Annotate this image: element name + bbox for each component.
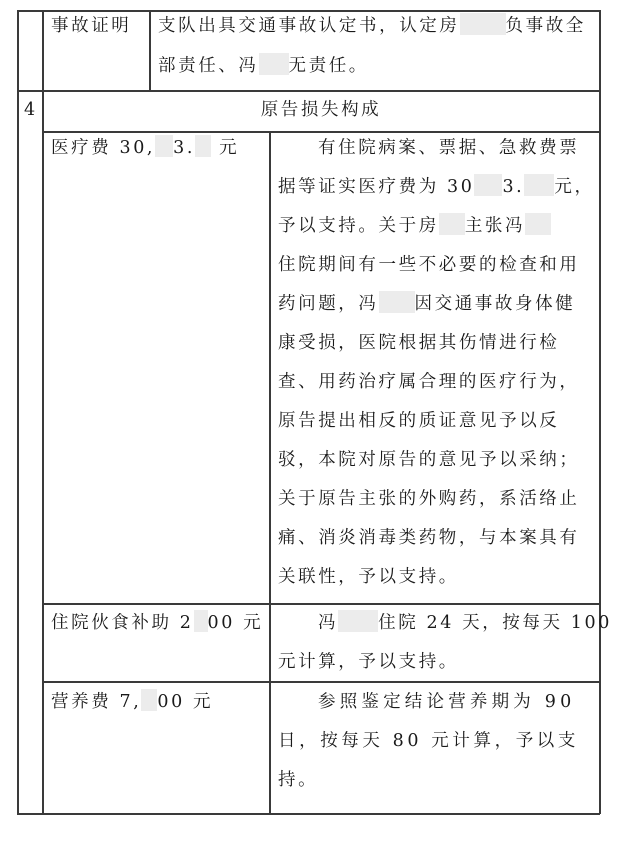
- reason-line: 痛、消炎消毒类药物，与本案具有: [278, 518, 580, 558]
- text-segment: 因交通事故身体健: [415, 294, 576, 314]
- text-segment: 康受损，医院根据其伤情进行检: [278, 333, 559, 353]
- reason-line: 据等证实医疗费为 303.元，: [278, 167, 595, 207]
- text-segment: 原告提出相反的质证意见予以反: [278, 411, 559, 431]
- text-segment: 关联性，予以支持。: [278, 567, 459, 587]
- text-segment: 日，按每天 80 元计算，予以支: [278, 731, 579, 751]
- medical-fee-label: 医疗费 30,3. 元: [51, 128, 239, 168]
- reason-line: 元计算，予以支持。: [278, 642, 459, 682]
- reason-line: 日，按每天 80 元计算，予以支: [278, 721, 579, 761]
- reason-line: 康受损，医院根据其伤情进行检: [278, 323, 559, 363]
- reason-line: 关于原告主张的外购药，系活络止: [278, 479, 580, 519]
- reason-line: 药问题，冯因交通事故身体健: [278, 284, 575, 324]
- reason-line: 冯住院 24 天，按每天 100: [318, 603, 612, 643]
- text-segment: 驳，本院对原告的意见予以采纳；: [278, 450, 580, 470]
- text-segment: 住院 24 天，按每天 100: [378, 613, 612, 633]
- accident-proof-label: 事故证明: [51, 6, 131, 46]
- text-segment: 主张冯: [465, 216, 525, 236]
- text-segment: 无责任。: [289, 56, 369, 76]
- text-segment: 药问题，冯: [278, 294, 379, 314]
- reason-line: 持。: [278, 760, 318, 800]
- text-segment: 关于原告主张的外购药，系活络止: [278, 489, 580, 509]
- redaction: [155, 135, 173, 157]
- text-segment: 00 元: [157, 692, 213, 712]
- redaction: [259, 53, 289, 75]
- text-segment: 痛、消炎消毒类药物，与本案具有: [278, 528, 580, 548]
- redaction: [439, 213, 465, 235]
- text-segment: 持。: [278, 770, 318, 790]
- text-segment: 3.: [502, 177, 524, 197]
- accident-proof-content-line1: 支队出具交通事故认定书，认定房负事故全: [158, 6, 586, 46]
- text-segment: 住院期间有一些不必要的检查和用: [278, 255, 580, 275]
- table-bottom-border: [17, 813, 600, 815]
- text-segment: 查、用药治疗属合理的医疗行为，: [278, 372, 580, 392]
- redaction: [524, 174, 554, 196]
- meal-subsidy-label: 住院伙食补助 200 元: [51, 603, 263, 643]
- accident-row-divider: [149, 10, 151, 90]
- text-segment: 3.: [173, 138, 195, 158]
- redaction: [460, 13, 506, 35]
- reason-line: 查、用药治疗属合理的医疗行为，: [278, 362, 580, 402]
- text-segment: 负事故全: [506, 16, 586, 36]
- text-segment: 00 元: [208, 613, 264, 633]
- redaction: [195, 135, 211, 157]
- text-segment: 参照鉴定结论营养期为 90: [318, 692, 575, 712]
- text-segment: 予以支持。关于房: [278, 216, 439, 236]
- redaction: [141, 689, 157, 711]
- redaction: [194, 610, 208, 632]
- reason-line: 有住院病案、票据、急救费票: [318, 128, 579, 168]
- text-segment: 支队出具交通事故认定书，认定房: [158, 16, 460, 36]
- text-segment: 元计算，予以支持。: [278, 652, 459, 672]
- text-segment: 有住院病案、票据、急救费票: [318, 138, 579, 158]
- reason-line: 原告提出相反的质证意见予以反: [278, 401, 559, 441]
- text-segment: 元: [219, 138, 239, 158]
- redaction: [338, 610, 378, 632]
- text-segment: 营养费 7,: [51, 692, 141, 712]
- text-segment: 医疗费 30,: [51, 138, 155, 158]
- redaction: [379, 291, 415, 313]
- text-segment: 冯: [318, 613, 338, 633]
- reason-line: 关联性，予以支持。: [278, 557, 459, 597]
- items-column-divider: [269, 131, 271, 814]
- text-segment: 据等证实医疗费为 30: [278, 177, 474, 197]
- redaction: [474, 174, 502, 196]
- reason-line: 住院期间有一些不必要的检查和用: [278, 245, 580, 285]
- section-title: 原告损失构成: [42, 90, 600, 130]
- section-number: 4: [24, 90, 38, 130]
- reason-line: 参照鉴定结论营养期为 90: [318, 682, 575, 722]
- text-segment: 住院伙食补助 2: [51, 613, 194, 633]
- table-left-border: [17, 10, 19, 814]
- redaction: [525, 213, 551, 235]
- nutrition-fee-label: 营养费 7,00 元: [51, 682, 213, 722]
- accident-proof-content-line2: 部责任、冯无责任。: [158, 46, 369, 86]
- reason-line: 予以支持。关于房主张冯: [278, 206, 551, 246]
- text-segment: 部责任、冯: [158, 56, 259, 76]
- text-segment: 元，: [554, 177, 594, 197]
- reason-line: 驳，本院对原告的意见予以采纳；: [278, 440, 580, 480]
